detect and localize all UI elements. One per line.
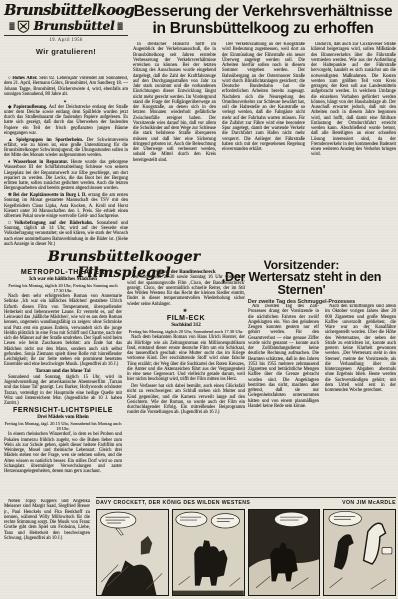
local-news-column: ○Hohes Alter. Sein 82. Lebensjahr vollen… — [4, 76, 128, 246]
film-title: Drei Mädels vom Rhein — [4, 415, 122, 420]
masthead-subtitle: Brunsbüttel — [33, 19, 114, 33]
court-article-col2: Nach den Ermittlungen sind allein im Okt… — [325, 304, 396, 494]
film-title: Ich war ein häßliches Mädchen — [4, 277, 122, 282]
local-news-heading: Wir gratulieren! — [4, 47, 128, 56]
news-item: ○Hohes Alter. Sein 82. Lebensjahr vollen… — [4, 76, 128, 97]
comic-panel — [248, 509, 321, 596]
court-headline: ‚Der Wertersatz steht in den Sternen' — [205, 271, 398, 297]
film-schedule: Freitag bis Montag, täglich 20 Uhr, Sonn… — [127, 329, 245, 334]
film-schedule: Freitag bis Montag, täglich 20 Uhr, Frei… — [4, 283, 122, 293]
cinema-filmeck: FILM-ECK — [127, 316, 245, 321]
film-column-left: METROPOL-THEATER Ich war ein häßliches M… — [4, 268, 122, 496]
comic-banner: DAVY CROCKETT, DER KÖNIG DES WILDEN WEST… — [96, 497, 396, 506]
main-article-col2: Der Verkehrszählung an der Koogstraße wi… — [222, 42, 305, 246]
comic-panel-art — [173, 510, 244, 595]
town-crest-icon — [17, 20, 30, 33]
main-article-col3: Dadurch, daß auch zur Cuxhavener Straße … — [311, 42, 396, 254]
masthead-ornament-left: ▓ — [9, 22, 14, 30]
main-headline: Besserung der Verkehrsverhältnisse in Br… — [132, 4, 394, 37]
item-marker: □ — [8, 221, 13, 226]
court-article-head: Vorsitzender: ‚Der Wertersatz steht in d… — [205, 259, 398, 305]
comic-panel — [323, 509, 396, 596]
film-review: Der Verfasser hat sich dabei bemüht, auc… — [127, 384, 245, 416]
comic-panel-art — [249, 510, 320, 595]
comic-panel-art — [324, 510, 395, 595]
film-title: Tarzan und das blaue Tal — [4, 369, 122, 374]
cinema-metropol: METROPOL-THEATER — [4, 270, 122, 275]
masthead-title: Brunsbüttelkoog — [4, 3, 128, 18]
film-review: Neben Topsy Küppers und Angelika Meissne… — [4, 499, 90, 541]
item-marker: ◆ — [8, 105, 12, 110]
issue-date: 19. April 1956 — [4, 38, 128, 43]
section-ornament: ✱ — [127, 308, 245, 314]
comic-strip — [96, 509, 396, 596]
comic-panel — [172, 509, 245, 596]
news-item: ◆Papierauflesung. Auf der Deichstrecke e… — [4, 105, 128, 137]
news-item: □Volksbefragung auf der Bäderbahn. Sonna… — [4, 221, 128, 246]
comic-title: DAVY CROCKETT, DER KÖNIG DES WILDEN WEST… — [96, 500, 250, 506]
masthead: Brunsbüttelkoog ▓ Brunsbüttel ▓ 19. Apri… — [4, 3, 128, 56]
news-item: ♦Wasserboot in Reparatur. Heute wurde da… — [4, 160, 128, 192]
item-marker: ▲ — [8, 138, 15, 143]
film-title: Suchkind 312 — [127, 323, 245, 328]
masthead-ornament-right: ▓ — [118, 22, 123, 30]
film-schedule: Freitag bis Montag, tägl. 20.15 Uhr, Son… — [4, 421, 122, 431]
main-article-col1: In dreifacher Hinsicht hofft im Augenbli… — [133, 42, 216, 246]
newspaper-page: Brunsbüttelkoog ▓ Brunsbüttel ▓ 19. Apri… — [0, 0, 398, 599]
comic-byline: VON JIM McARDLE — [342, 500, 396, 506]
cinema-fernsicht: FERNSICHT-LICHTSPIELE — [4, 408, 122, 413]
film-review: Nach dem sehr erfolgreichen Roman von An… — [4, 294, 122, 368]
news-item: ▲Spielgruppen im Sportlerheim. Der Schwi… — [4, 138, 128, 159]
film-review: Sonnabend und Sonntag, täglich 15 Uhr, w… — [4, 375, 122, 407]
comic-panel — [96, 509, 169, 596]
film-review: Nach dem bekannten Roman von Hans Ulrich… — [127, 335, 245, 382]
comic-panel-art — [97, 510, 168, 595]
court-article-col1: Am zweiten Tag des Zoll-Prozesses drang … — [248, 304, 319, 494]
film-review: In einem rheinischen Winzerdorf, in dem … — [4, 432, 122, 474]
news-item: ✻Bei der Kapitänswette in Burg i. D. err… — [4, 193, 128, 219]
film-column-left-continued: Neben Topsy Küppers und Angelika Meissne… — [4, 499, 90, 596]
